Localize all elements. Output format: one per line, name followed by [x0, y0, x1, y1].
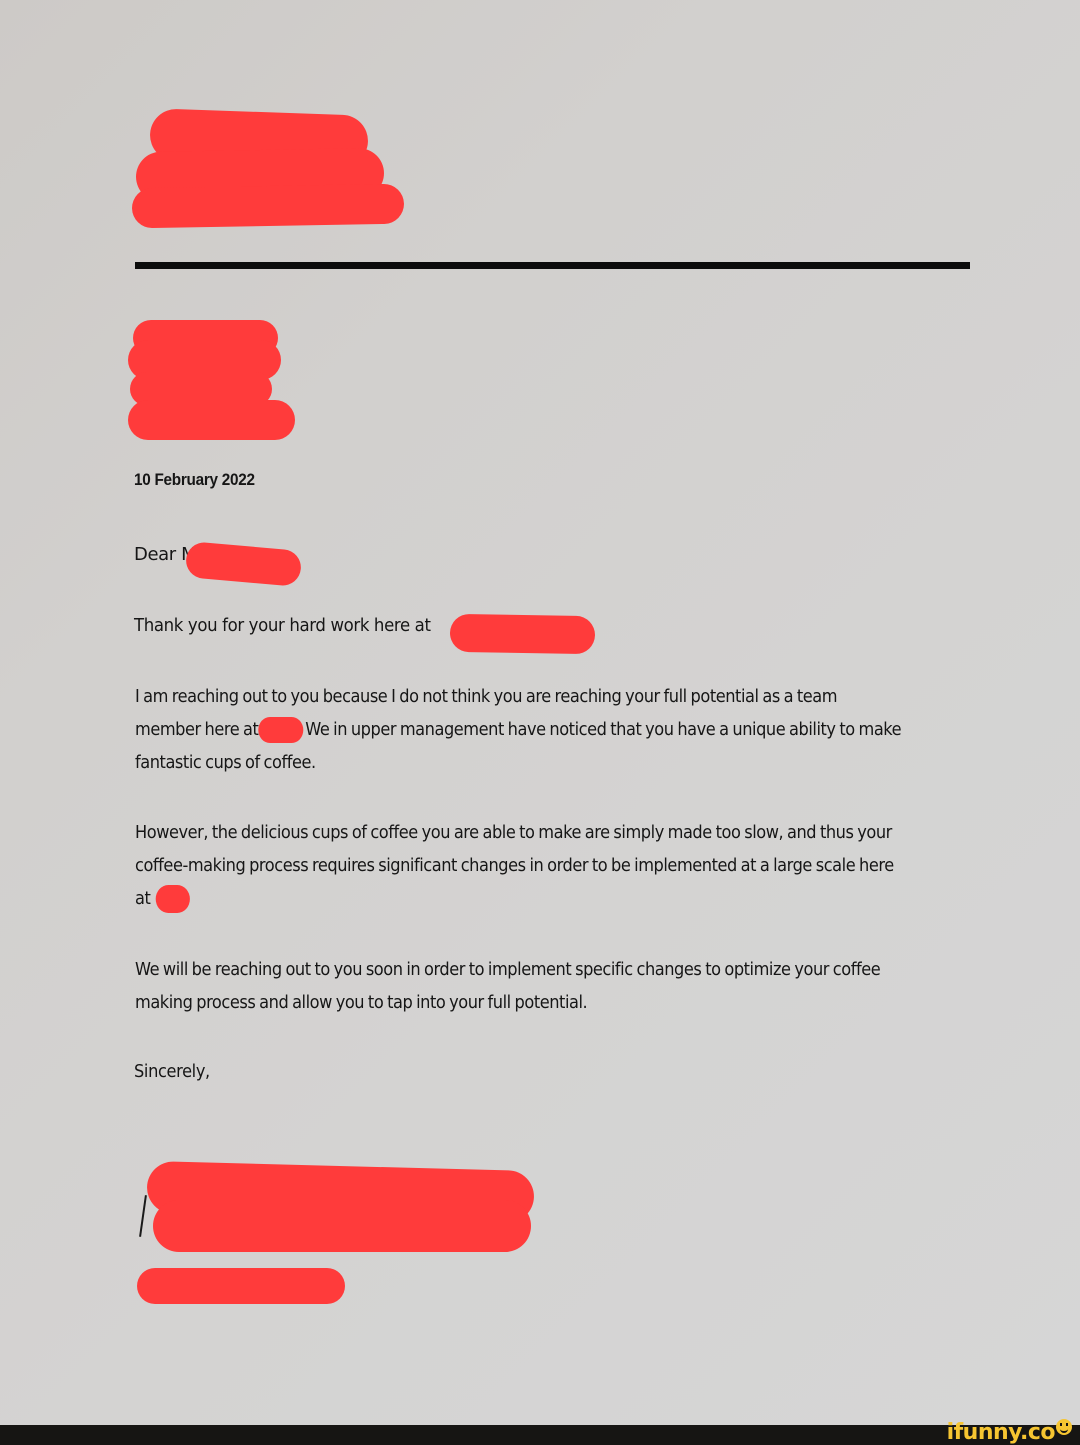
company-name-redaction — [450, 614, 596, 655]
paragraph-fragment: member here at — [135, 719, 258, 740]
paragraph-fragment: at — [135, 888, 150, 909]
watermark-text: ifunny.co — [947, 1420, 1055, 1445]
closing-text: Sincerely, — [134, 1061, 210, 1082]
thanks-line: Thank you for your hard work here at — [134, 615, 431, 636]
closing: Sincerely, — [134, 1061, 210, 1082]
company-name-redaction-inline — [156, 885, 190, 913]
watermark-bar: ifunny.co — [0, 1425, 1080, 1445]
paragraph-line: We will be reaching out to you soon in o… — [135, 953, 880, 986]
smiley-icon — [1056, 1419, 1072, 1435]
paragraph-line: coffee-making process requires significa… — [135, 849, 894, 882]
paragraph-line: fantastic cups of coffee. — [135, 746, 901, 779]
paragraph-next-steps: We will be reaching out to you soon in o… — [135, 953, 880, 1019]
paragraph-speed: However, the delicious cups of coffee yo… — [135, 816, 894, 915]
paragraph-line: However, the delicious cups of coffee yo… — [135, 816, 894, 849]
paragraph-line: at — [135, 882, 894, 915]
signer-title-redaction — [137, 1268, 345, 1304]
watermark-logo: ifunny.co — [947, 1419, 1072, 1445]
paragraph-line: I am reaching out to you because I do no… — [135, 680, 901, 713]
letter-page: 10 February 2022 Dear M Thank you for yo… — [0, 0, 1080, 1425]
header-divider — [135, 262, 970, 269]
company-name-redaction-inline — [258, 717, 303, 743]
paragraph-potential: I am reaching out to you because I do no… — [135, 680, 901, 779]
paragraph-fragment: We in upper management have noticed that… — [305, 719, 901, 740]
letter-date: 10 February 2022 — [134, 470, 255, 490]
thanks-text: Thank you for your hard work here at — [134, 615, 431, 636]
paragraph-line: member here atWe in upper management hav… — [135, 713, 901, 746]
recipient-name-redaction — [185, 541, 303, 587]
paragraph-line: making process and allow you to tap into… — [135, 986, 880, 1019]
